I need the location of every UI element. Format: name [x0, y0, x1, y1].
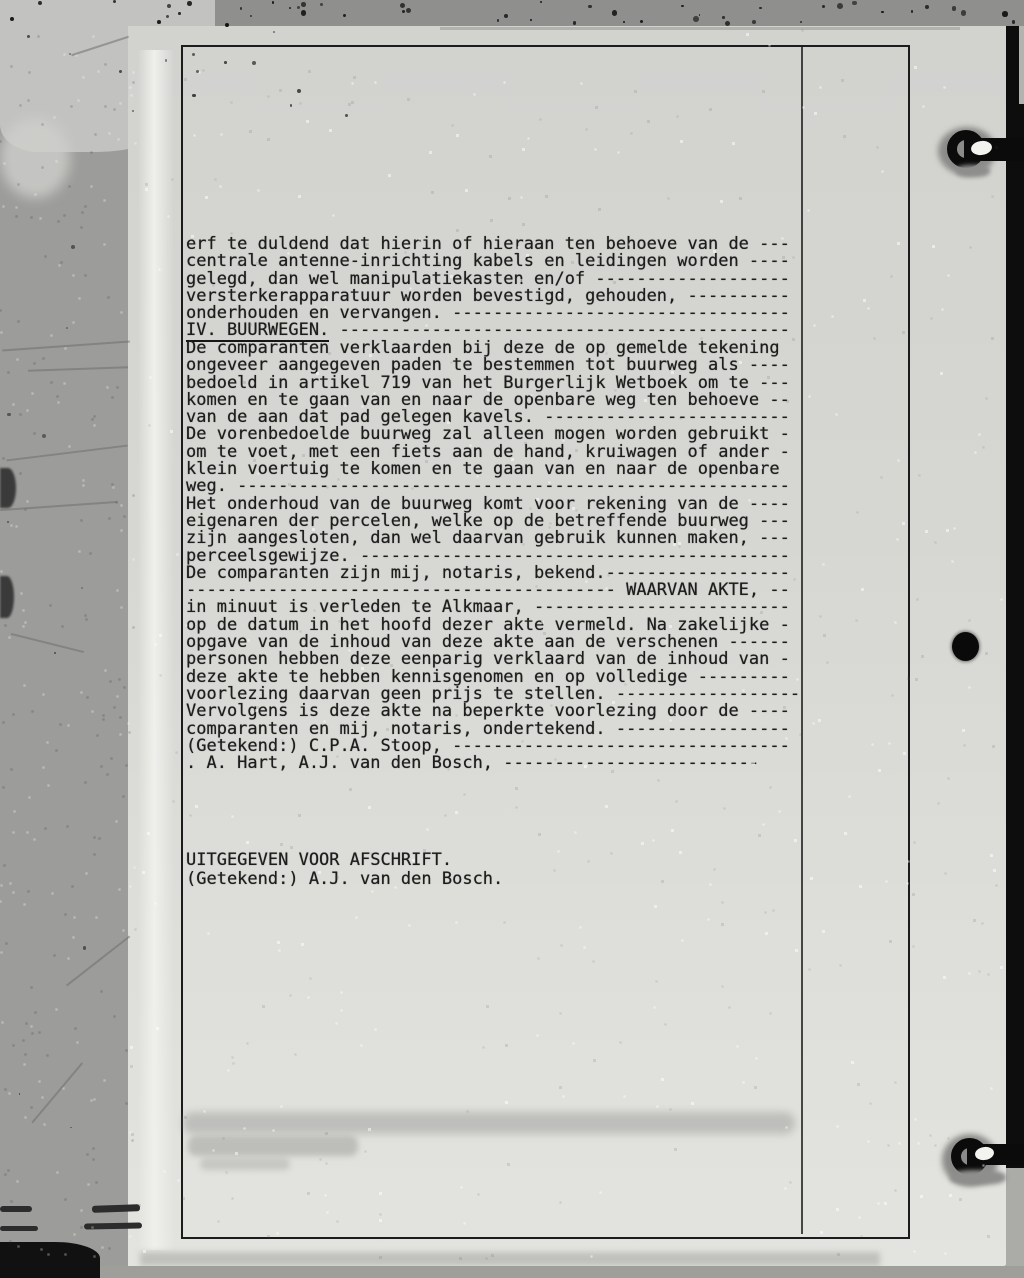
heading-dash-fill: ----------------------------------------… — [329, 320, 790, 340]
speckle — [911, 10, 913, 12]
speckle — [187, 1, 192, 6]
scan-grain-overlay — [0, 0, 1, 1]
speckle — [530, 19, 532, 21]
speckle — [290, 104, 292, 106]
speckle — [70, 1127, 72, 1129]
speckle — [157, 20, 161, 24]
speckle — [343, 14, 346, 17]
speckle — [345, 114, 348, 117]
speckle — [167, 4, 171, 8]
ghost-bleedthrough-band — [183, 1112, 795, 1134]
speckle — [1002, 11, 1007, 16]
binder-spine-lower — [1006, 1168, 1024, 1278]
binder-ring-notch — [950, 1170, 1006, 1185]
speckle — [301, 10, 306, 15]
binder-spine-edge — [1006, 26, 1024, 1168]
ghost-bleedthrough-text — [200, 1158, 290, 1170]
speckle — [693, 16, 699, 22]
scan-smudge-mark — [0, 1226, 38, 1231]
speckle — [925, 5, 929, 9]
speckle — [224, 61, 227, 64]
speckle — [540, 1, 542, 3]
binder-spine-sliver — [1019, 26, 1024, 104]
speckle — [66, 327, 68, 329]
body-text-upper: erf te duldend dat hierin of hieraan ten… — [186, 236, 790, 322]
speckle — [225, 23, 229, 27]
speckle — [178, 12, 181, 15]
speckle — [71, 245, 75, 249]
speckle — [961, 10, 967, 16]
speckle — [54, 652, 56, 654]
speckle — [81, 587, 83, 589]
scan-light-blotch — [0, 118, 70, 198]
ghost-bleedthrough-text — [188, 1136, 358, 1156]
speckle — [192, 53, 195, 56]
scanned-document-page: erf te duldend dat hierin of hieraan ten… — [0, 0, 1024, 1278]
margin-rule-line — [801, 46, 803, 1234]
body-text-main: De comparanten verklaarden bij deze de o… — [186, 340, 800, 772]
speckle — [612, 10, 617, 15]
paper-edge-highlight — [138, 50, 174, 1250]
paper-bottom-shadow — [140, 1252, 880, 1266]
speckle — [752, 20, 756, 24]
speckle — [837, 3, 843, 9]
scan-bottom-left-shadow — [0, 1242, 100, 1278]
speckle — [588, 5, 592, 9]
closing-statement: UITGEGEVEN VOOR AFSCHRIFT. (Getekend:) A… — [186, 851, 503, 889]
speckle — [252, 61, 256, 65]
speckle — [852, 1, 856, 5]
speckle — [83, 946, 86, 949]
scan-smudge-mark — [0, 1206, 32, 1212]
scan-bottom-band — [0, 1266, 1024, 1278]
binder-ring-notch — [956, 165, 990, 177]
speckle — [722, 16, 725, 19]
section-heading-line: IV. BUURWEGEN. -------------------------… — [186, 322, 790, 339]
punch-hole-mark — [952, 632, 979, 661]
speckle — [800, 21, 802, 23]
scan-edge-blob — [0, 576, 14, 618]
scan-smudge-mark — [84, 1222, 142, 1229]
speckle — [623, 21, 625, 23]
speckle — [289, 7, 291, 9]
speckle — [301, 2, 306, 7]
speckle — [165, 59, 167, 61]
speckle — [273, 31, 275, 33]
scan-edge-blob — [0, 468, 16, 508]
speckle — [573, 21, 576, 24]
speckle — [272, 1, 274, 3]
speckle — [320, 3, 323, 6]
paper-top-shadow — [440, 27, 960, 30]
